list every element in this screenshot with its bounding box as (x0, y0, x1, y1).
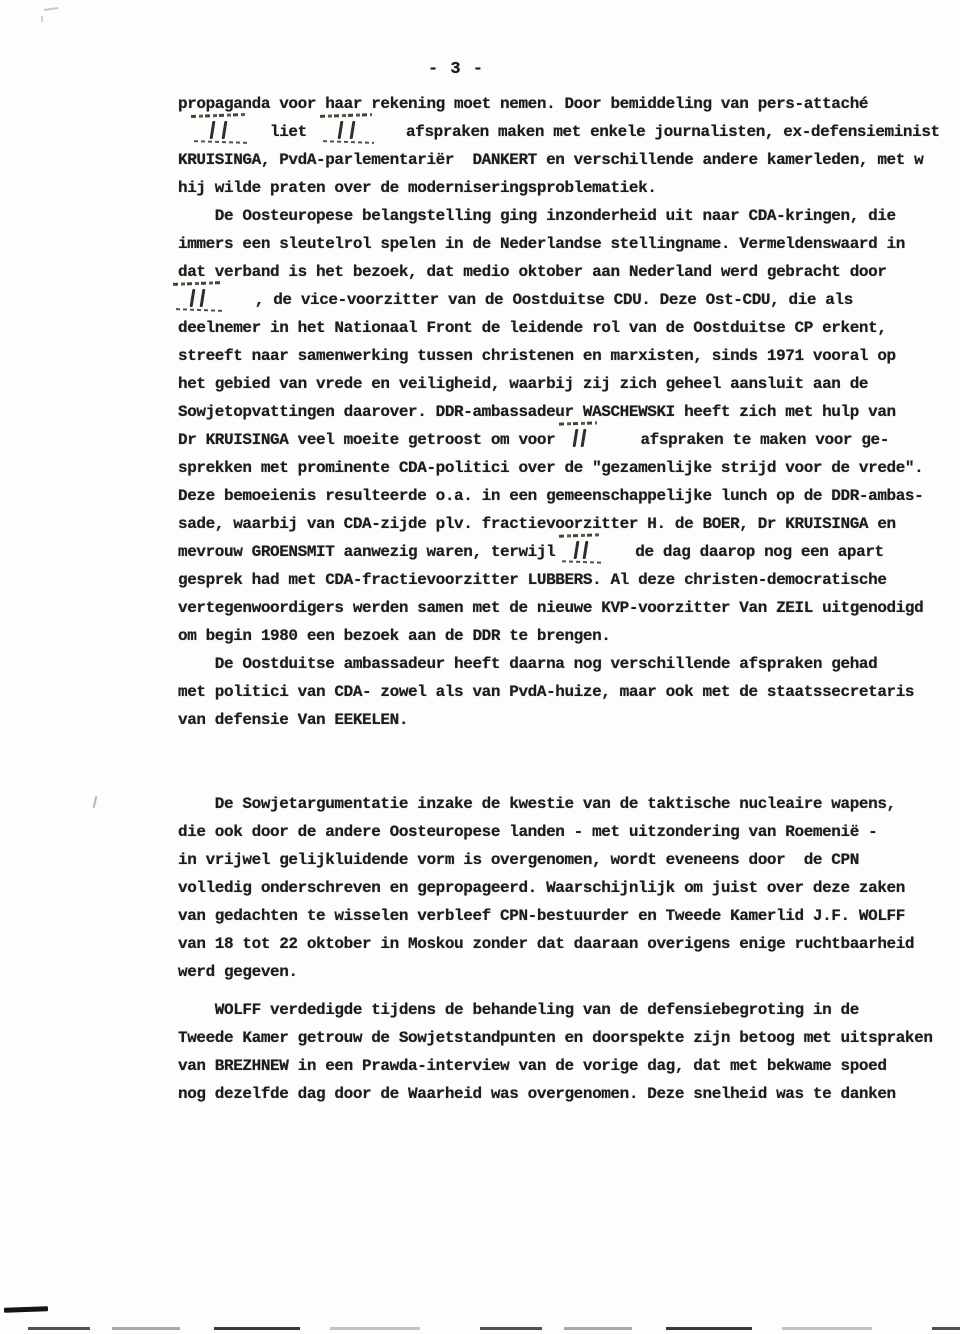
text-segment: propaganda voor haar rekening moet nemen… (178, 95, 868, 113)
text-segment: deelnemer in het Nationaal Front de leid… (178, 319, 887, 337)
text-segment: van BREZHNEW in een Prawda-interview van… (178, 1057, 887, 1075)
text-segment: de dag daarop nog een apart (598, 543, 883, 561)
text-segment: om begin 1980 een bezoek aan de DDR te b… (178, 627, 610, 645)
text-line: mevrouw GROENSMIT aanwezig waren, terwij… (178, 538, 938, 566)
text-segment: Deze bemoeienis resulteerde o.a. in een … (178, 487, 923, 505)
text-segment: volledig onderschreven en gepropageerd. … (178, 879, 905, 897)
text-line: deelnemer in het Nationaal Front de leid… (178, 314, 938, 342)
scan-speck (41, 16, 43, 22)
text-segment: in vrijwel gelijkluidende vorm is overge… (178, 851, 859, 869)
document-body: propaganda voor haar rekening moet nemen… (178, 90, 938, 1108)
text-line: nog dezelfde dag door de Waarheid was ov… (178, 1080, 938, 1108)
text-line: liet afspraken maken met enkele journali… (178, 118, 938, 146)
redaction-mark (564, 540, 598, 559)
text-line: van BREZHNEW in een Prawda-interview van… (178, 1052, 938, 1080)
text-line: De Oosteuropese belangstelling ging inzo… (178, 202, 938, 230)
paragraph: WOLFF verdedigde tijdens de behandeling … (178, 996, 938, 1108)
text-line: werd gegeven. (178, 958, 938, 986)
text-segment: nog dezelfde dag door de Waarheid was ov… (178, 1085, 896, 1103)
text-line: om begin 1980 een bezoek aan de DDR te b… (178, 622, 938, 650)
text-line: volledig onderschreven en gepropageerd. … (178, 874, 938, 902)
text-line: met politici van CDA- zowel als van PvdA… (178, 678, 938, 706)
scanned-document-page: - 3 - propaganda voor haar rekening moet… (0, 0, 960, 1334)
text-line: sprekken met prominente CDA-politici ove… (178, 454, 938, 482)
redaction-mark (325, 120, 369, 139)
paragraph: De Oostduitse ambassadeur heeft daarna n… (178, 650, 938, 734)
text-segment (178, 123, 196, 141)
text-segment: De Oosteuropese belangstelling ging inzo… (178, 207, 896, 225)
text-line: van gedachten te wisselen verbleef CPN-b… (178, 902, 938, 930)
text-line: Dr KRUISINGA veel moeite getroost om voo… (178, 426, 938, 454)
text-segment: dat verband is het bezoek, dat medio okt… (178, 263, 887, 281)
text-segment: het gebied van vrede en veiligheid, waar… (178, 375, 868, 393)
pencil-mark (93, 796, 98, 808)
scan-edge-artifact (4, 1306, 48, 1313)
paragraph: De Oosteuropese belangstelling ging inzo… (178, 202, 938, 650)
text-segment: sade, waarbij van CDA-zijde plv. fractie… (178, 515, 896, 533)
text-segment: werd gegeven. (178, 963, 298, 981)
paragraph: propaganda voor haar rekening moet nemen… (178, 90, 938, 202)
text-segment: De Oostduitse ambassadeur heeft daarna n… (178, 655, 877, 673)
text-line: vertegenwoordigers werden samen met de n… (178, 594, 938, 622)
redaction-mark (564, 428, 594, 447)
scan-edge-artifact (0, 1327, 960, 1330)
text-segment: liet (242, 123, 325, 141)
text-segment: met politici van CDA- zowel als van PvdA… (178, 683, 914, 701)
text-line: WOLFF verdedigde tijdens de behandeling … (178, 996, 938, 1024)
text-segment: afspraken maken met enkele journalisten,… (369, 123, 940, 141)
text-segment: Sowjetopvattingen daarover. DDR-ambassad… (178, 403, 896, 421)
text-segment: van gedachten te wisselen verbleef CPN-b… (178, 907, 905, 925)
text-line: van defensie Van EEKELEN. (178, 706, 938, 734)
text-segment: mevrouw GROENSMIT aanwezig waren, terwij… (178, 543, 564, 561)
text-line: De Oostduitse ambassadeur heeft daarna n… (178, 650, 938, 678)
text-line: dat verband is het bezoek, dat medio okt… (178, 258, 938, 286)
text-segment: , de vice-voorzitter van de Oostduitse C… (218, 291, 853, 309)
text-line: gesprek had met CDA-fractievoorzitter LU… (178, 566, 938, 594)
paragraph: De Sowjetargumentatie inzake de kwestie … (178, 790, 938, 986)
text-segment: KRUISINGA, PvdA-parlementariër DANKERT e… (178, 151, 923, 169)
page-number: - 3 - (0, 60, 912, 79)
text-line: in vrijwel gelijkluidende vorm is overge… (178, 846, 938, 874)
redaction-mark (178, 288, 218, 307)
text-segment: Dr KRUISINGA veel moeite getroost om voo… (178, 431, 564, 449)
text-segment: WOLFF verdedigde tijdens de behandeling … (178, 1001, 859, 1019)
text-segment: De Sowjetargumentatie inzake de kwestie … (178, 795, 896, 813)
text-segment: van 18 tot 22 oktober in Moskou zonder d… (178, 935, 914, 953)
text-line: Deze bemoeienis resulteerde o.a. in een … (178, 482, 938, 510)
text-segment: immers een sleutelrol spelen in de Neder… (178, 235, 905, 253)
scan-speck (44, 7, 58, 11)
redaction-mark (196, 120, 242, 139)
text-segment: vertegenwoordigers werden samen met de n… (178, 599, 923, 617)
text-line: KRUISINGA, PvdA-parlementariër DANKERT e… (178, 146, 938, 174)
text-segment: Tweede Kamer getrouw de Sowjetstandpunte… (178, 1029, 933, 1047)
text-line: De Sowjetargumentatie inzake de kwestie … (178, 790, 938, 818)
text-segment: die ook door de andere Oosteuropese land… (178, 823, 877, 841)
text-segment: streeft naar samenwerking tussen christe… (178, 347, 896, 365)
text-segment: hij wilde praten over de moderniseringsp… (178, 179, 656, 197)
text-line: , de vice-voorzitter van de Oostduitse C… (178, 286, 938, 314)
text-line: streeft naar samenwerking tussen christe… (178, 342, 938, 370)
text-segment: van defensie Van EEKELEN. (178, 711, 408, 729)
text-line: van 18 tot 22 oktober in Moskou zonder d… (178, 930, 938, 958)
text-line: het gebied van vrede en veiligheid, waar… (178, 370, 938, 398)
text-segment: sprekken met prominente CDA-politici ove… (178, 459, 923, 477)
text-segment: gesprek had met CDA-fractievoorzitter LU… (178, 571, 887, 589)
text-line: propaganda voor haar rekening moet nemen… (178, 90, 938, 118)
text-line: hij wilde praten over de moderniseringsp… (178, 174, 938, 202)
text-line: immers een sleutelrol spelen in de Neder… (178, 230, 938, 258)
text-line: die ook door de andere Oosteuropese land… (178, 818, 938, 846)
text-segment: afspraken te maken voor ge- (594, 431, 888, 449)
text-line: Tweede Kamer getrouw de Sowjetstandpunte… (178, 1024, 938, 1052)
